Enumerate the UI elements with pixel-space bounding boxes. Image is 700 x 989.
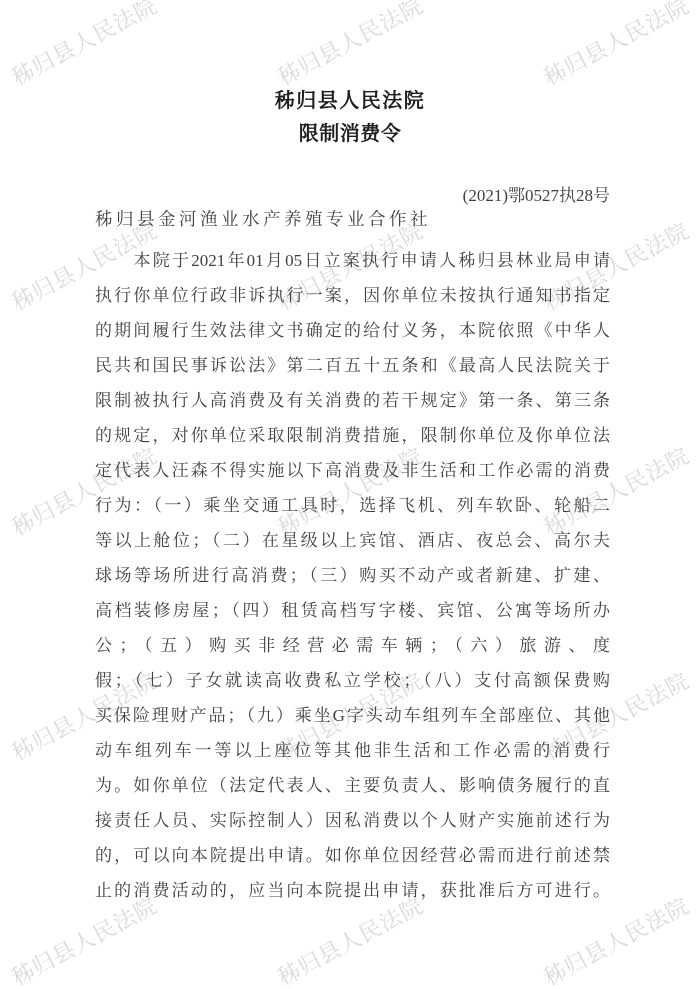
body-line: 的，可以向本院提出申请。如你单位因经营必需而进行前述禁 — [95, 838, 610, 873]
body-line: 定代表人汪森不得实施以下高消费及非生活和工作必需的消费 — [95, 453, 610, 488]
document-title: 限制消费令 — [0, 117, 700, 146]
document-page: 秭归县人民法院秭归县人民法院秭归县人民法院秭归县人民法院秭归县人民法院秭归县人民… — [0, 0, 700, 989]
body-line: 高档装修房屋；（四）租赁高档写字楼、宾馆、公寓等场所办 — [95, 593, 610, 628]
body-line: 为。如你单位（法定代表人、主要负责人、影响债务履行的直 — [95, 768, 610, 803]
body-line: 假；（七）子女就读高收费私立学校；（八）支付高额保费购 — [95, 663, 610, 698]
body-line: 的期间履行生效法律文书确定的给付义务，本院依照《中华人 — [95, 313, 610, 348]
body-line: 行为：（一）乘坐交通工具时，选择飞机、列车软卧、轮船二 — [95, 488, 610, 523]
body-line: 接责任人员、实际控制人）因私消费以个人财产实施前述行为 — [95, 803, 610, 838]
body-paragraph: 本院于2021年01月05日立案执行申请人秭归县林业局申请执行你单位行政非诉执行… — [95, 243, 610, 908]
body-line: 动车组列车一等以上座位等其他非生活和工作必需的消费行 — [95, 733, 610, 768]
document-content: 秭归县人民法院 限制消费令 (2021)鄂0527执28号 秭归县金河渔业水产养… — [0, 0, 700, 989]
body-line: 球场等场所进行高消费；（三）购买不动产或者新建、扩建、 — [95, 558, 610, 593]
body-line: 民共和国民事诉讼法》第二百五十五条和《最高人民法院关于 — [95, 348, 610, 383]
addressee-name: 秭归县金河渔业水产养殖专业合作社 — [95, 206, 431, 231]
body-line: 止的消费活动的，应当向本院提出申请，获批准后方可进行。 — [95, 873, 610, 908]
body-line: 买保险理财产品；（九）乘坐G字头动车组列车全部座位、其他 — [95, 698, 610, 733]
body-line: 限制被执行人高消费及有关消费的若干规定》第一条、第三条 — [95, 383, 610, 418]
body-line: 本院于2021年01月05日立案执行申请人秭归县林业局申请 — [95, 243, 610, 278]
body-line: 公；（五）购买非经营必需车辆；（六）旅游、度 — [95, 628, 610, 663]
court-name-title: 秭归县人民法院 — [0, 84, 700, 113]
body-line: 执行你单位行政非诉执行一案，因你单位未按执行通知书指定 — [95, 278, 610, 313]
body-line: 的规定，对你单位采取限制消费措施，限制你单位及你单位法 — [95, 418, 610, 453]
body-line: 等以上舱位；（二）在星级以上宾馆、酒店、夜总会、高尔夫 — [95, 523, 610, 558]
case-number: (2021)鄂0527执28号 — [463, 181, 610, 206]
